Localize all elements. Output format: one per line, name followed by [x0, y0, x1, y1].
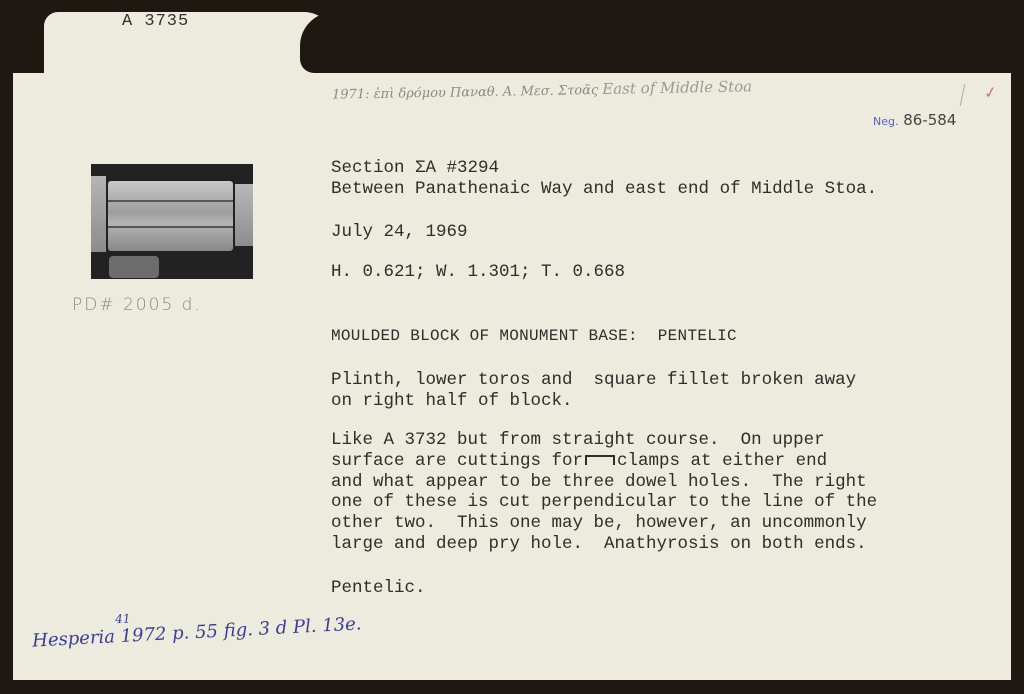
dimensions: H. 0.621; W. 1.301; T. 0.668 — [331, 262, 625, 283]
negative-number: Neg. 86-584 — [873, 111, 956, 129]
photo-stone-right — [235, 184, 253, 246]
photo-caption: PD# 2005 d. — [72, 295, 202, 315]
description-line: surface are cuttings for — [331, 451, 583, 471]
section-line: Section ΣA #3294 — [331, 158, 499, 178]
english-location-note: East of Middle Stoa — [602, 77, 752, 98]
negative-stamp: Neg. — [873, 115, 898, 128]
photo-moulding-line — [108, 226, 233, 228]
section-block: Section ΣA #3294 Between Panathenaic Way… — [331, 158, 877, 200]
negative-number-value: 86-584 — [903, 111, 956, 129]
bibliography-volume: 41 — [115, 611, 131, 626]
object-title: MOULDED BLOCK OF MONUMENT BASE: PENTELIC — [331, 326, 737, 347]
photo-rubble — [109, 256, 159, 278]
excavation-date: July 24, 1969 — [331, 222, 468, 243]
artifact-photo — [91, 164, 253, 279]
description-paragraph-1: Plinth, lower toros and square fillet br… — [331, 370, 856, 412]
card-tab-notch — [300, 12, 360, 73]
photo-block — [108, 181, 233, 251]
inventory-number: A 3735 — [122, 12, 189, 31]
photo-moulding-line — [108, 200, 233, 202]
description-line: clamps at either end — [617, 451, 827, 471]
photo-stone-left — [91, 176, 106, 252]
location-line: Between Panathenaic Way and east end of … — [331, 179, 877, 199]
description-rest: and what appear to be three dowel holes.… — [331, 472, 877, 554]
material-note: Pentelic. — [331, 578, 426, 599]
clamp-symbol-icon — [585, 455, 615, 465]
description-paragraph-2: Like A 3732 but from straight course. On… — [331, 430, 877, 555]
description-line: Like A 3732 but from straight course. On… — [331, 430, 825, 450]
